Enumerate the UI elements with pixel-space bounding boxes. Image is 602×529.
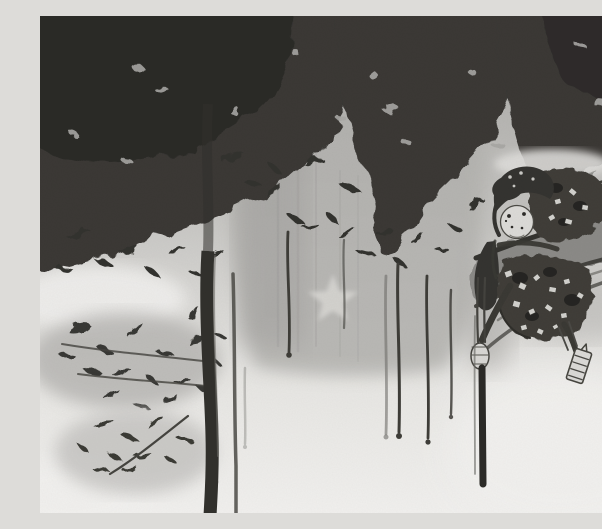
ink-painting-canvas [40, 16, 602, 513]
artwork [40, 16, 602, 513]
paper-grain-overlay [40, 16, 602, 513]
